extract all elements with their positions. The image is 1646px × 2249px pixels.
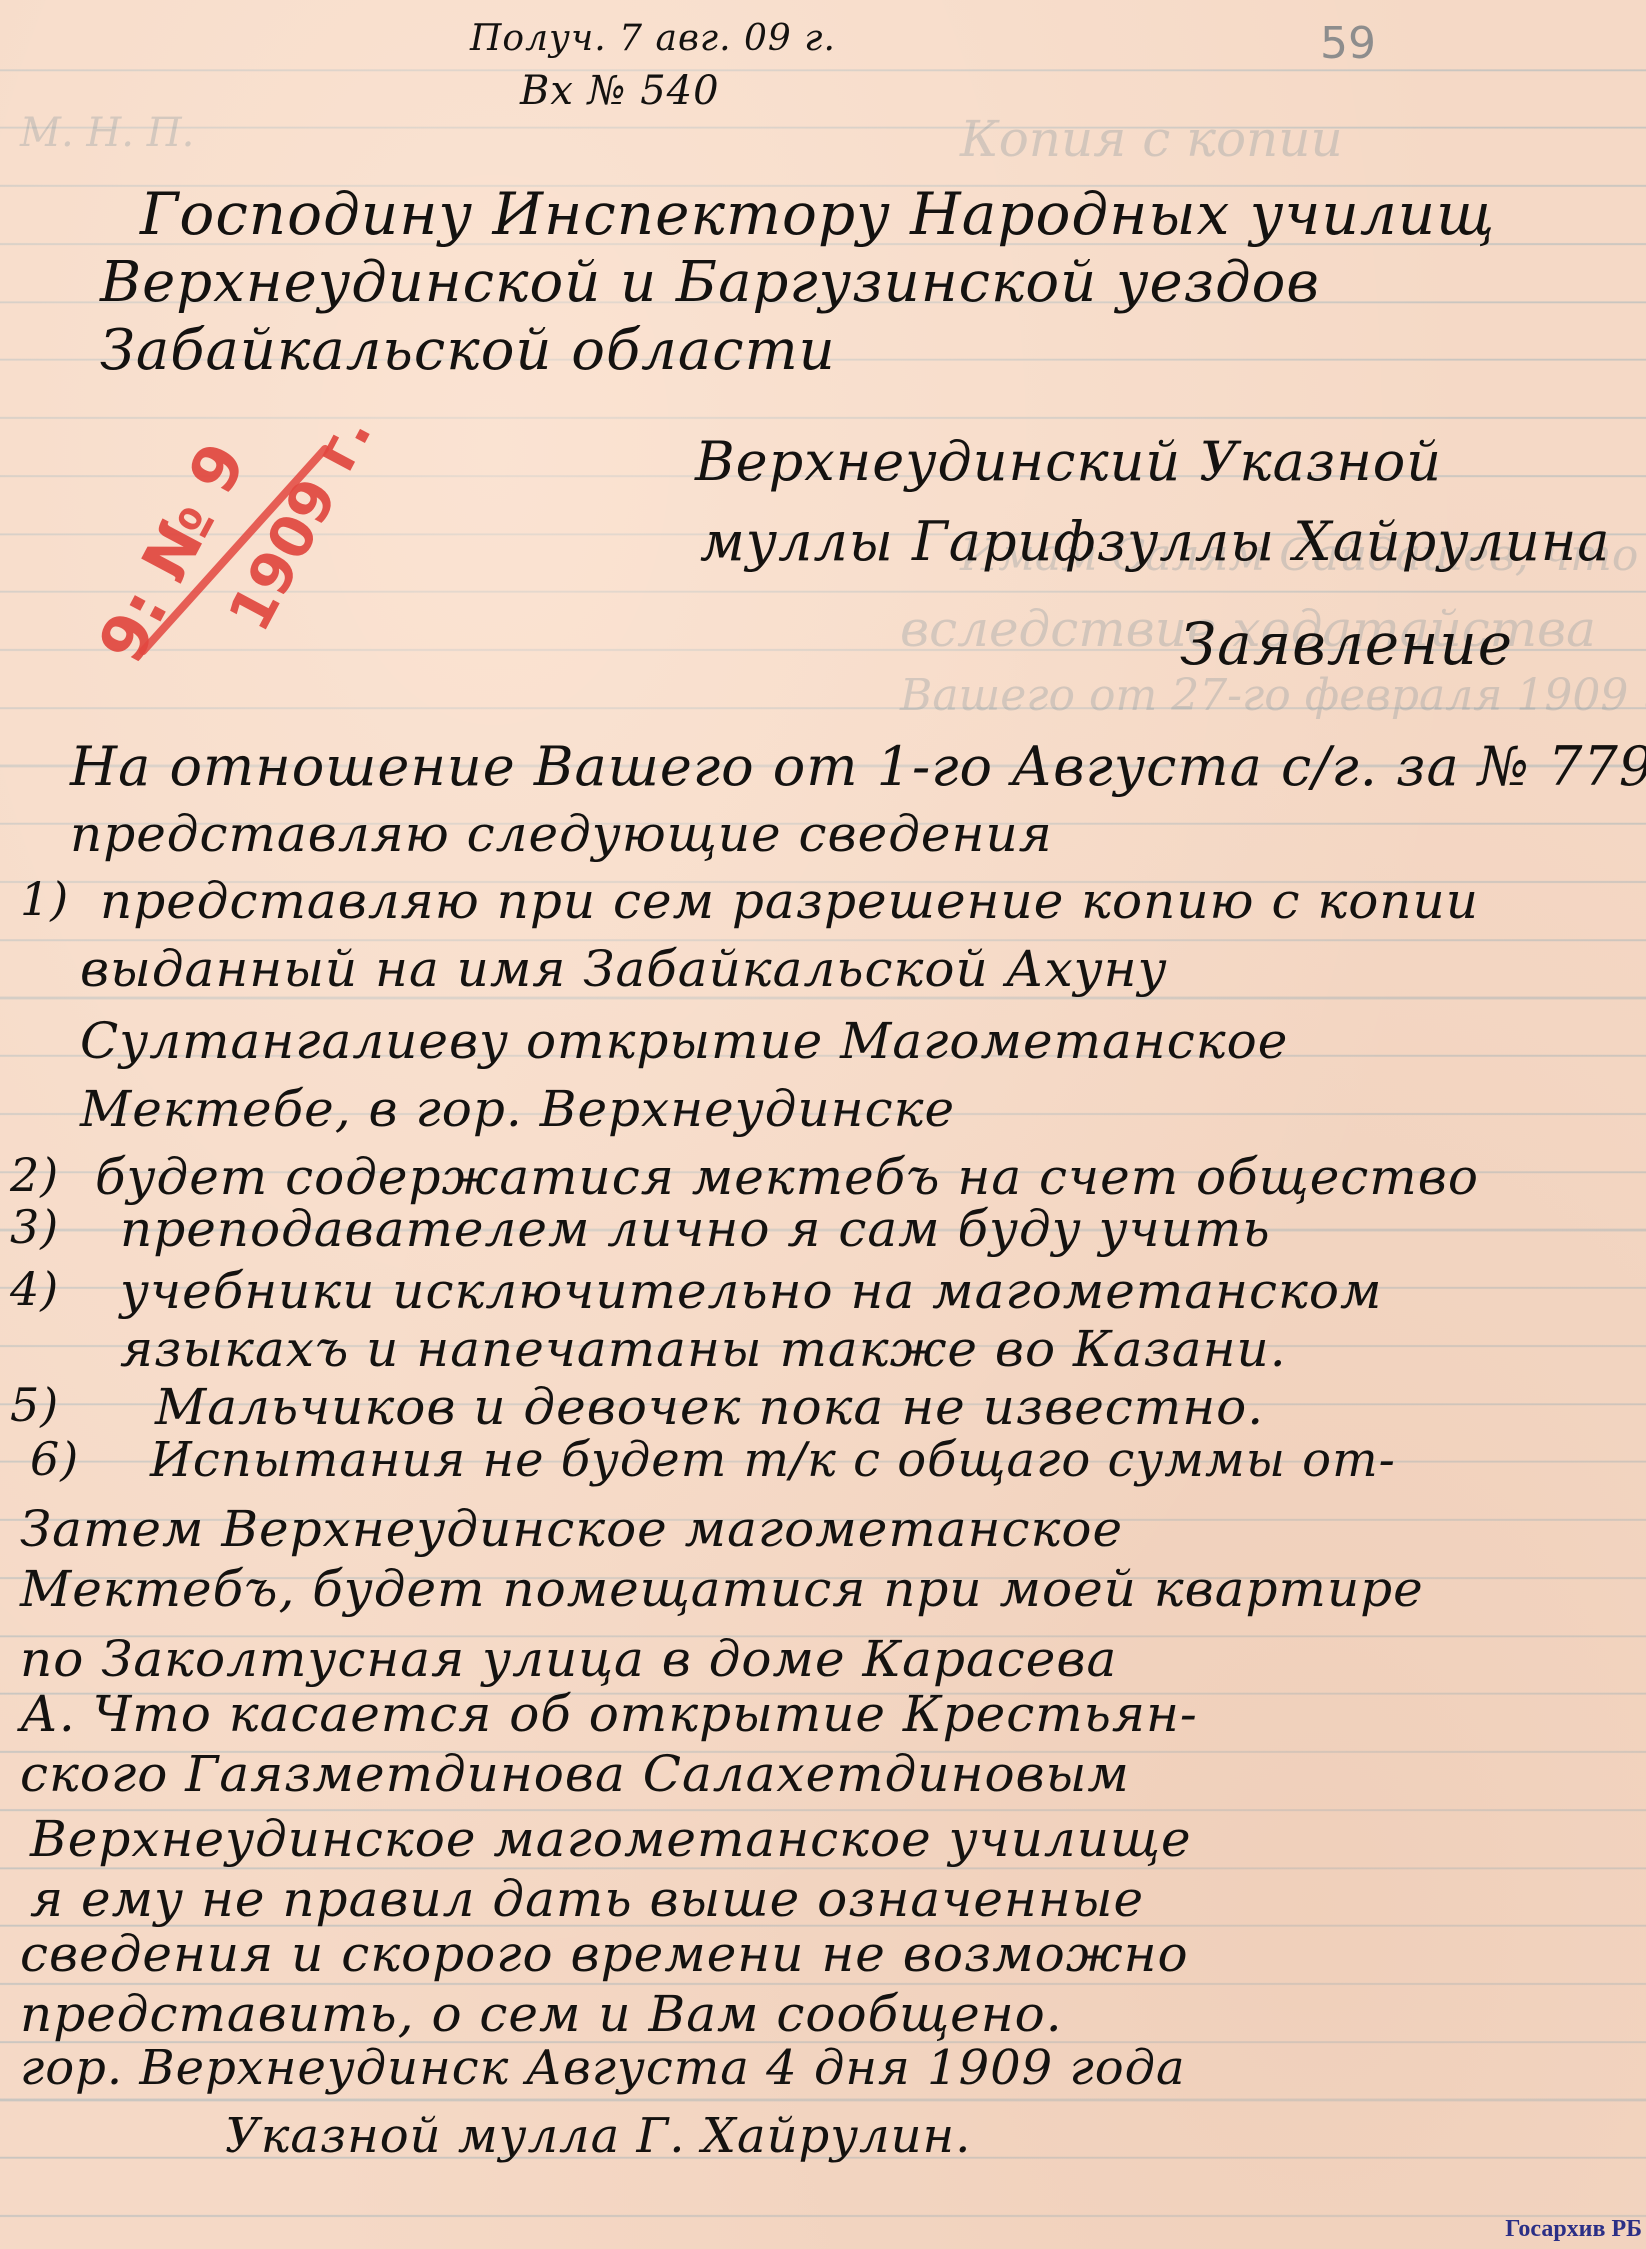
- item-line: Верхнеудинское магометанское училище: [30, 1810, 1192, 1868]
- item-number: 4): [10, 1262, 59, 1316]
- item-line: Затем Верхнеудинское магометанское: [20, 1500, 1123, 1558]
- document-title: Заявление: [1180, 610, 1513, 678]
- received-note-line1: Получ. 7 авг. 09 г.: [470, 18, 836, 59]
- page-number: 59: [1320, 18, 1376, 69]
- item-line: Мальчиков и девочек пока не известно.: [155, 1378, 1264, 1436]
- addressee-line: Забайкальской области: [100, 318, 836, 383]
- item-line: представить, о сем и Вам сообщено.: [20, 1985, 1063, 2043]
- item-line: Мектебе, в гор. Верхнеудинске: [80, 1080, 955, 1138]
- closing-date-line: гор. Верхнеудинск Августа 4 дня 1909 год…: [20, 2040, 1186, 2096]
- item-line: учебники исключительно на магометанском: [120, 1262, 1382, 1320]
- addressee-line: Господину Инспектору Народных училищ: [140, 180, 1495, 248]
- item-line: по Заколтусная улица в доме Карасева: [20, 1630, 1117, 1688]
- item-line: А. Что касается об открытие Крестьян-: [20, 1685, 1198, 1743]
- item-line: представляю при сем разрешение копию с к…: [100, 872, 1479, 930]
- intro-line: представляю следующие сведения: [70, 805, 1053, 863]
- bleed-through-text: М. Н. П.: [20, 110, 194, 156]
- item-number: 5): [10, 1378, 59, 1432]
- item-line: ского Гаязметдинова Салахетдиновым: [20, 1745, 1130, 1803]
- item-number: 3): [10, 1200, 59, 1254]
- item-line: я ему не правил дать выше означенные: [30, 1870, 1144, 1928]
- sender-line: Верхнеудинский Указной: [695, 430, 1442, 493]
- item-number: 6): [30, 1432, 79, 1486]
- item-line: сведения и скорого времени не возможно: [20, 1925, 1189, 1983]
- item-line: языкахъ и напечатаны также во Казани.: [120, 1320, 1287, 1378]
- item-number: 1): [20, 872, 69, 926]
- signature: Указной мулла Г. Хайрулин.: [225, 2108, 971, 2164]
- item-line: Испытания не будет т/к с общаго суммы от…: [150, 1432, 1396, 1488]
- bleed-through-text: Копия с копии: [960, 110, 1343, 168]
- item-number: 2): [10, 1148, 59, 1202]
- addressee-line: Верхнеудинской и Баргузинской уездов: [100, 250, 1320, 315]
- item-line: Мектебъ, будет помещатися при моей кварт…: [20, 1560, 1424, 1618]
- sender-line: муллы Гарифзуллы Хайрулина: [700, 510, 1611, 573]
- item-line: преподавателем лично я сам буду учить: [120, 1200, 1271, 1258]
- item-line: будет содержатися мектебъ на счет общест…: [95, 1148, 1479, 1206]
- item-line: Султангалиеву открытие Магометанское: [80, 1012, 1288, 1070]
- intro-line: На отношение Вашего от 1-го Августа с/г.…: [70, 735, 1646, 798]
- archive-watermark: Госархив РБ: [1505, 2216, 1642, 2243]
- item-line: выданный на имя Забайкальской Ахуну: [80, 940, 1168, 998]
- received-note-line2: Вх № 540: [520, 68, 720, 114]
